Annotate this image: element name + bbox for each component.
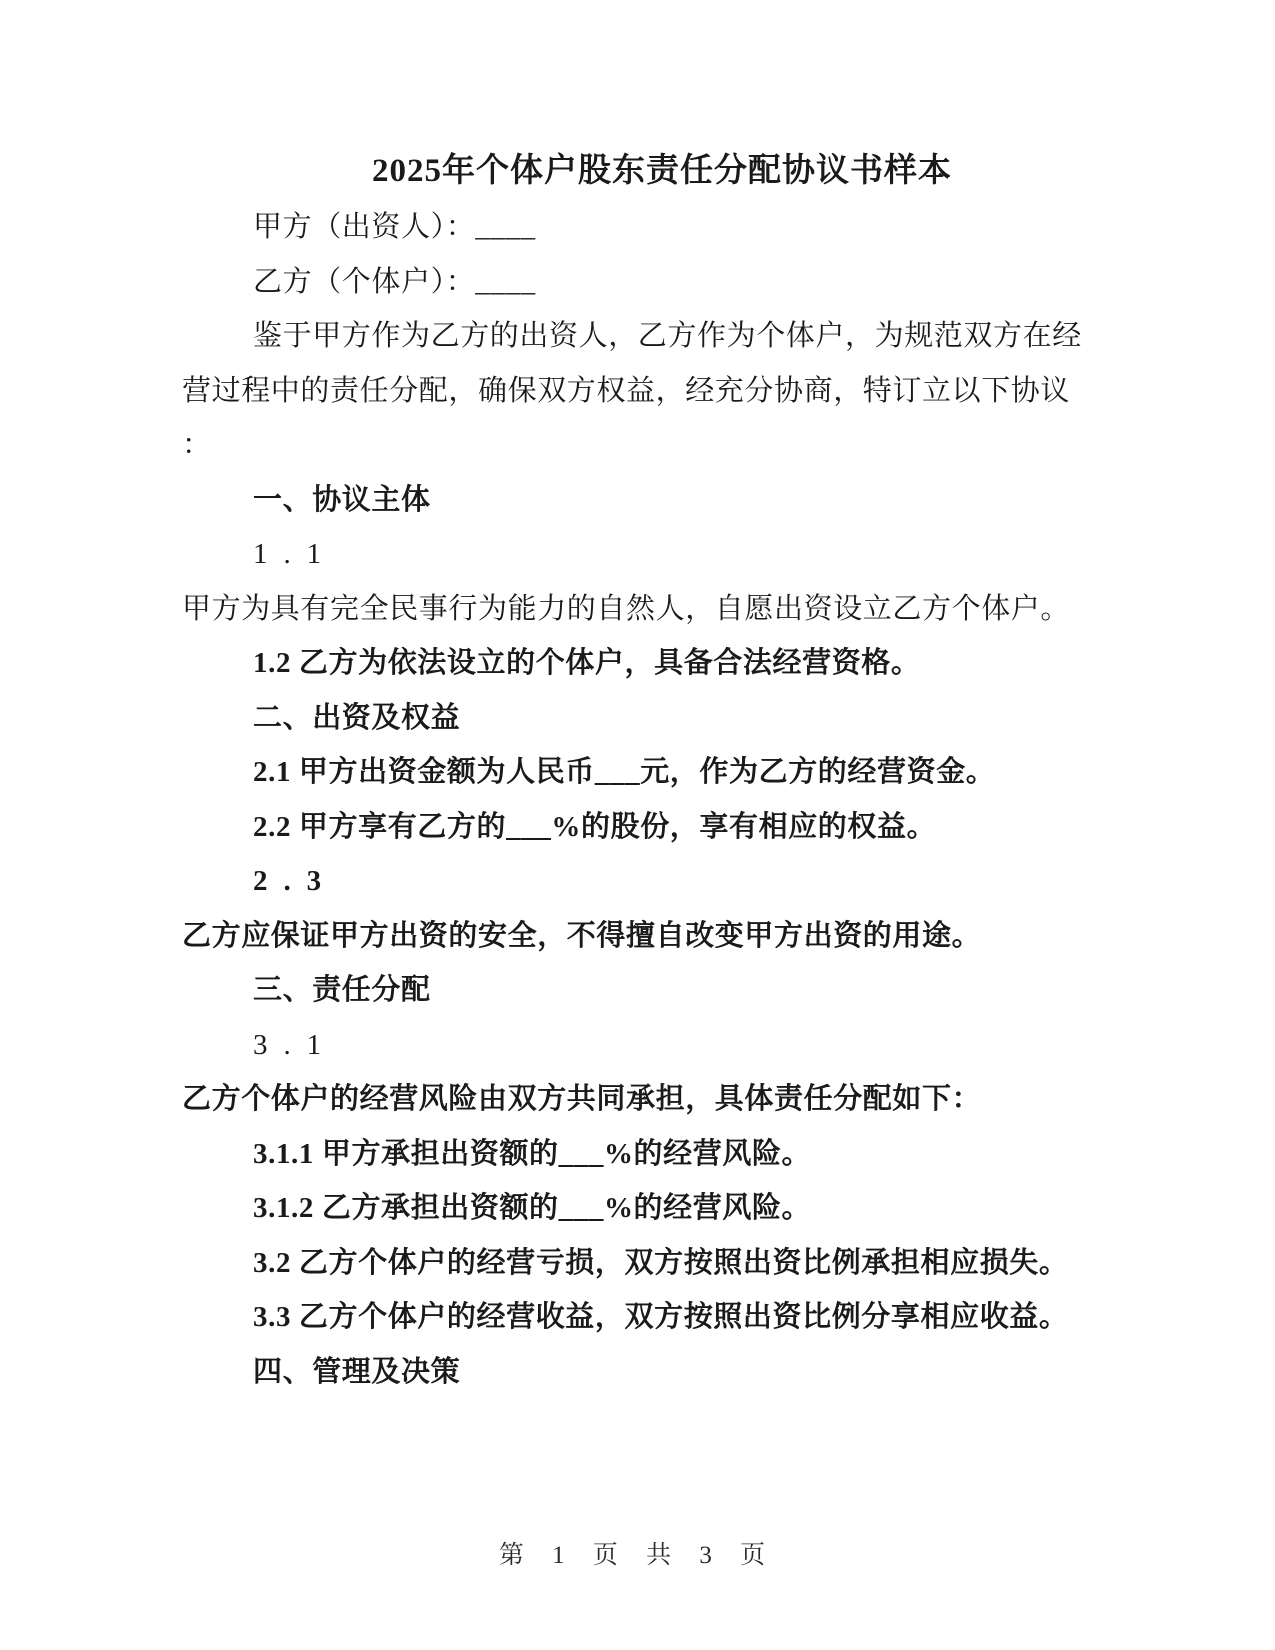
document-line: 营过程中的责任分配，确保双方权益，经充分协商，特订立以下协议 bbox=[182, 364, 1082, 419]
document-line: 一、协议主体 bbox=[182, 473, 1082, 528]
document-line: 3.1 bbox=[182, 1018, 1082, 1073]
document-line: 鉴于甲方作为乙方的出资人，乙方作为个体户，为规范双方在经 bbox=[182, 309, 1082, 364]
document-line: 乙方（个体户）：____ bbox=[182, 255, 1082, 310]
document-line: 甲方为具有完全民事行为能力的自然人，自愿出资设立乙方个体户。 bbox=[182, 582, 1082, 637]
document-line: 四、管理及决策 bbox=[182, 1345, 1082, 1400]
document-line: 2.2 甲方享有乙方的___%的股份，享有相应的权益。 bbox=[182, 800, 1082, 855]
document-line: ： bbox=[182, 418, 1082, 473]
page-number-indicator: 第 1 页 共 3 页 bbox=[499, 1542, 776, 1569]
document-line: 3.1.2 乙方承担出资额的___%的经营风险。 bbox=[182, 1181, 1082, 1236]
document-line: 二、出资及权益 bbox=[182, 691, 1082, 746]
document-line: 1.1 bbox=[182, 527, 1082, 582]
document-line: 1.2 乙方为依法设立的个体户，具备合法经营资格。 bbox=[182, 636, 1082, 691]
document-line: 乙方个体户的经营风险由双方共同承担，具体责任分配如下： bbox=[182, 1072, 1082, 1127]
document-line: 3.1.1 甲方承担出资额的___%的经营风险。 bbox=[182, 1127, 1082, 1182]
document-body: 甲方（出资人）：____乙方（个体户）：____鉴于甲方作为乙方的出资人，乙方作… bbox=[182, 200, 1082, 1399]
document-line: 乙方应保证甲方出资的安全，不得擅自改变甲方出资的用途。 bbox=[182, 909, 1082, 964]
page-footer: 第 1 页 共 3 页 bbox=[0, 1538, 1275, 1574]
document-title: 2025年个体户股东责任分配协议书样本 bbox=[182, 143, 1072, 200]
document-line: 2.1 甲方出资金额为人民币___元，作为乙方的经营资金。 bbox=[182, 745, 1082, 800]
document-page: 2025年个体户股东责任分配协议书样本 甲方（出资人）：____乙方（个体户）：… bbox=[0, 0, 1275, 1650]
document-line: 3.3 乙方个体户的经营收益，双方按照出资比例分享相应收益。 bbox=[182, 1290, 1082, 1345]
document-line: 2.3 bbox=[182, 854, 1082, 909]
document-line: 3.2 乙方个体户的经营亏损，双方按照出资比例承担相应损失。 bbox=[182, 1236, 1082, 1291]
document-line: 三、责任分配 bbox=[182, 963, 1082, 1018]
document-line: 甲方（出资人）：____ bbox=[182, 200, 1082, 255]
